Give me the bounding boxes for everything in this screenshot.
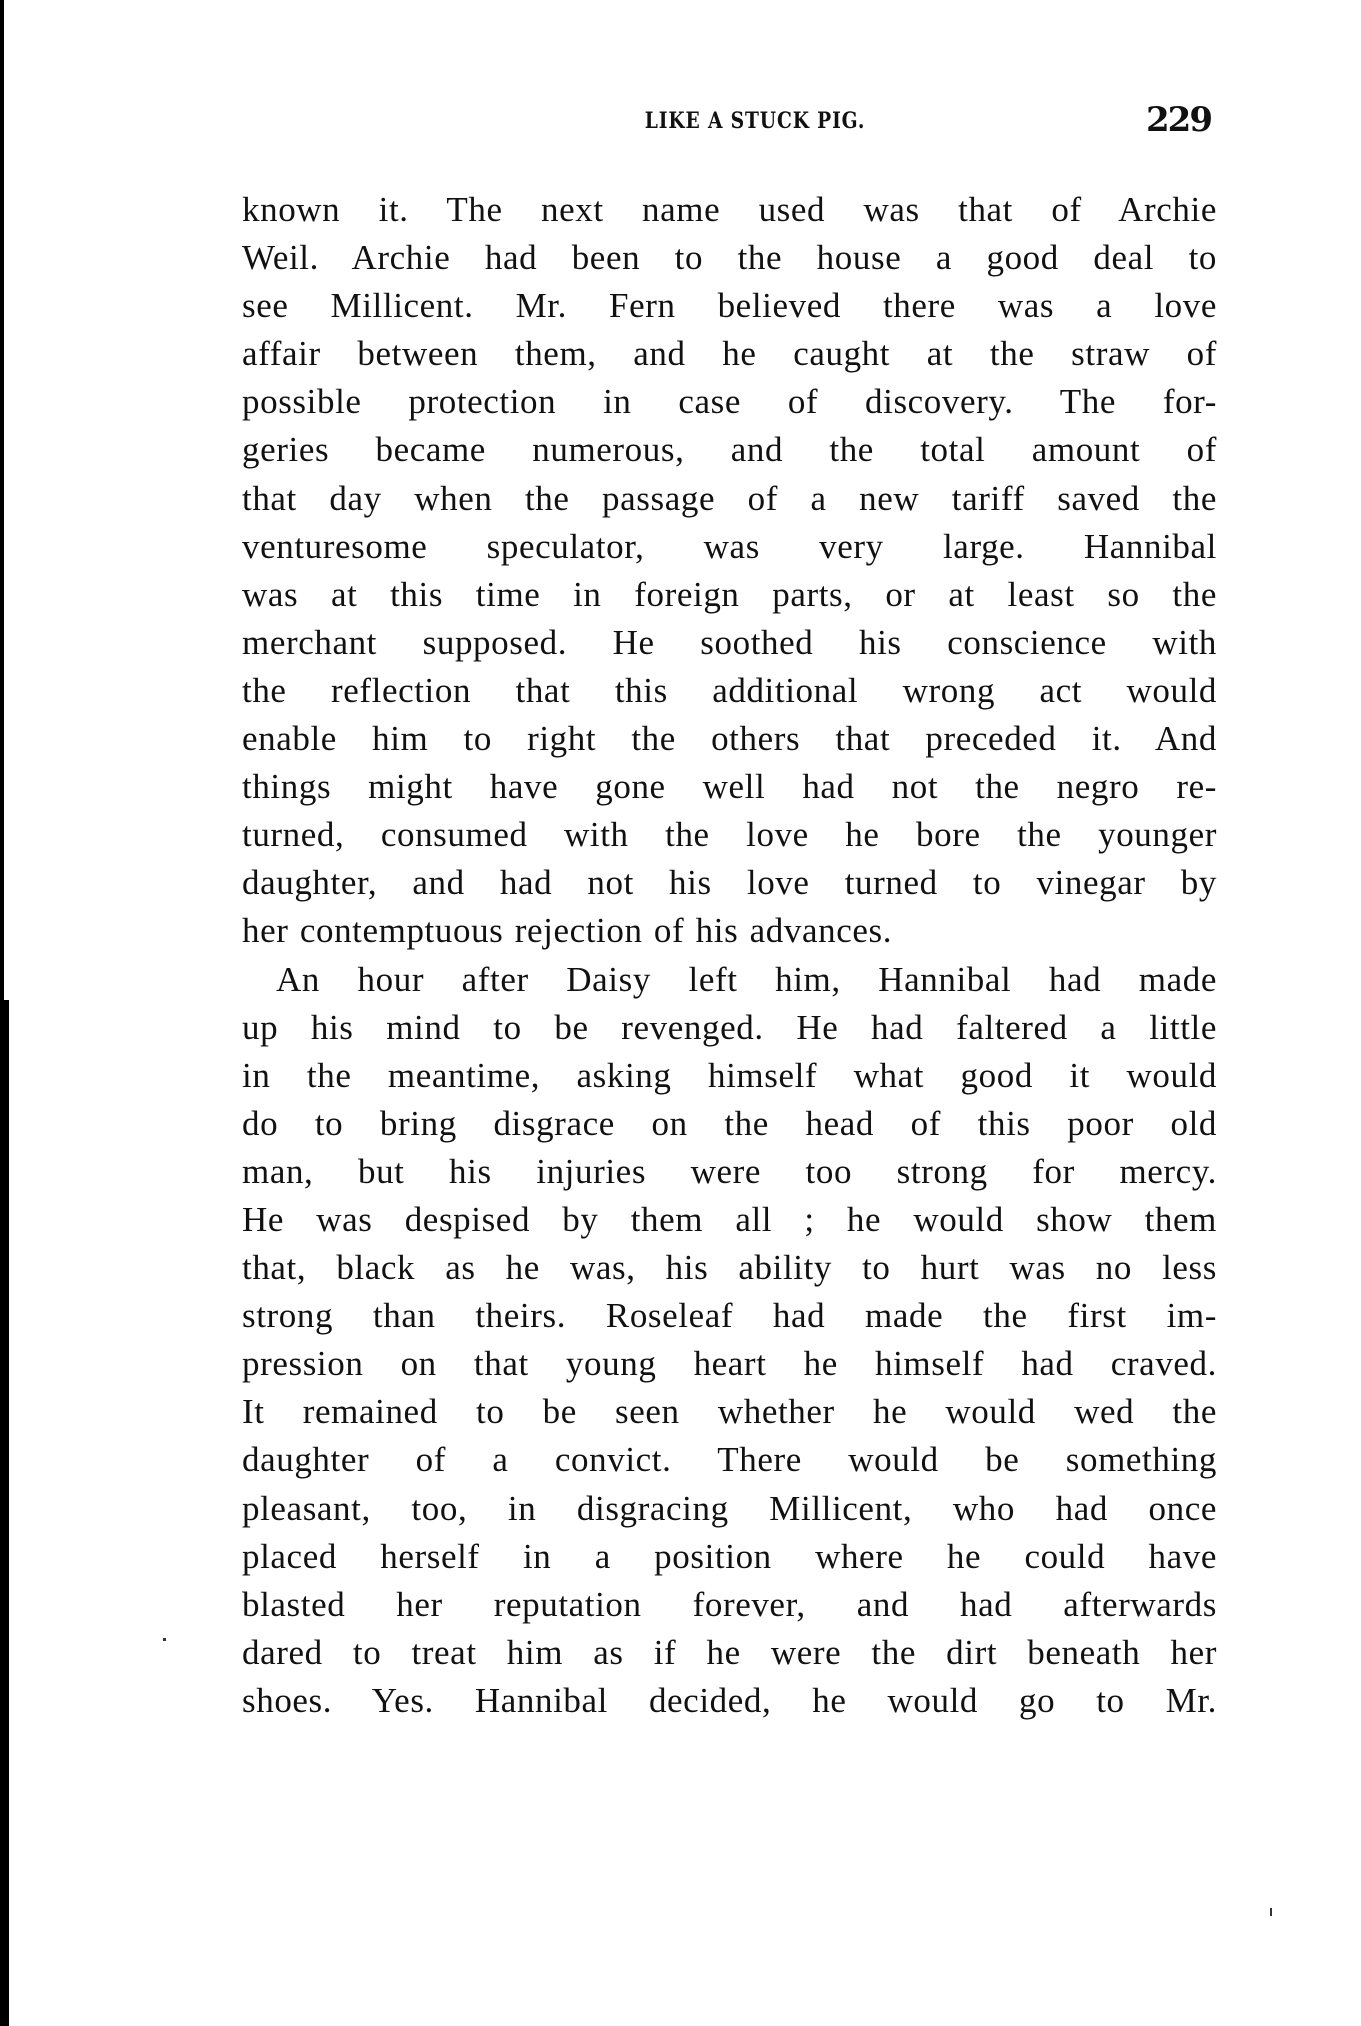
text-line: dared to treat him as if he were the dir… <box>242 1629 1217 1677</box>
body-text: known it. The next name used was that of… <box>242 186 1217 1725</box>
text-line: affair between them, and he caught at th… <box>242 330 1217 378</box>
scan-speck <box>163 1638 166 1641</box>
running-title: LIKE A STUCK PIG. <box>315 108 1144 134</box>
text-line: geries became numerous, and the total am… <box>242 426 1217 474</box>
text-line: pleasant, too, in disgracing Millicent, … <box>242 1485 1217 1533</box>
paragraph-1: known it. The next name used was that of… <box>242 186 1217 956</box>
page-header: LIKE A STUCK PIG. 229 <box>242 100 1217 150</box>
text-line: He was despised by them all ; he would s… <box>242 1196 1217 1244</box>
text-line: up his mind to be revenged. He had falte… <box>242 1004 1217 1052</box>
text-line: shoes. Yes. Hannibal decided, he would g… <box>242 1677 1217 1725</box>
text-line: possible protection in case of discovery… <box>242 378 1217 426</box>
text-line: blasted her reputation forever, and had … <box>242 1581 1217 1629</box>
text-line: do to bring disgrace on the head of this… <box>242 1100 1217 1148</box>
text-line: Weil. Archie had been to the house a goo… <box>242 234 1217 282</box>
text-line: that day when the passage of a new tarif… <box>242 475 1217 523</box>
text-line: placed herself in a position where he co… <box>242 1533 1217 1581</box>
scan-speck <box>1270 1908 1272 1916</box>
text-line: see Millicent. Mr. Fern believed there w… <box>242 282 1217 330</box>
text-line: known it. The next name used was that of… <box>242 186 1217 234</box>
text-line: venturesome speculator, was very large. … <box>242 523 1217 571</box>
text-line: turned, consumed with the love he bore t… <box>242 811 1217 859</box>
text-line: in the meantime, asking himself what goo… <box>242 1052 1217 1100</box>
text-line: enable him to right the others that prec… <box>242 715 1217 763</box>
text-line: man, but his injuries were too strong fo… <box>242 1148 1217 1196</box>
text-line: was at this time in foreign parts, or at… <box>242 571 1217 619</box>
text-line: merchant supposed. He soothed his consci… <box>242 619 1217 667</box>
text-line: strong than theirs. Roseleaf had made th… <box>242 1292 1217 1340</box>
text-line: daughter, and had not his love turned to… <box>242 859 1217 907</box>
page-number: 229 <box>1146 100 1211 140</box>
text-line: things might have gone well had not the … <box>242 763 1217 811</box>
text-line: It remained to be seen whether he would … <box>242 1388 1217 1436</box>
paragraph-2: An hour after Daisy left him, Hannibal h… <box>242 956 1217 1726</box>
text-line: her contemptuous rejection of his advanc… <box>242 907 1217 955</box>
text-line: the reflection that this additional wron… <box>242 667 1217 715</box>
text-line: that, black as he was, his ability to hu… <box>242 1244 1217 1292</box>
text-line: An hour after Daisy left him, Hannibal h… <box>242 956 1217 1004</box>
text-line: daughter of a convict. There would be so… <box>242 1436 1217 1484</box>
text-line: pression on that young heart he himself … <box>242 1340 1217 1388</box>
page-left-edge-shadow-lower <box>0 1000 9 2026</box>
